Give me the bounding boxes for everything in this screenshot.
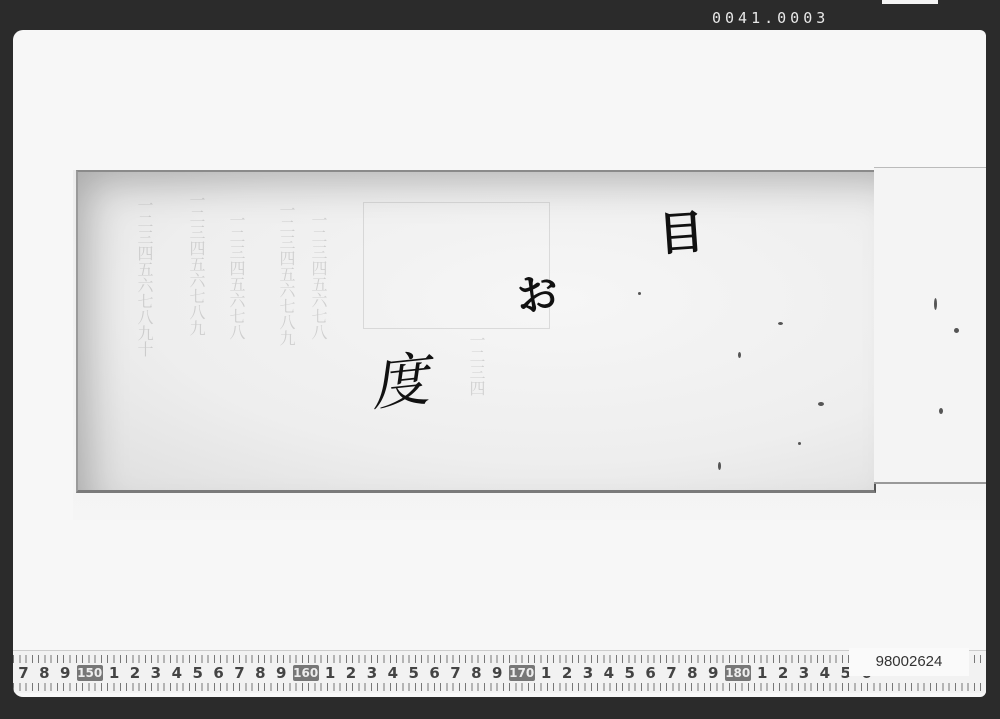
film-edge-tab [882,0,938,4]
ruler-number: 3 [794,664,815,682]
ruler-number: 1 [320,664,341,682]
faded-text-column: 一二三四五六七八 [310,212,326,452]
paper-stain [778,322,783,325]
ruler-number: 5 [187,664,208,682]
ruler-number: 3 [577,664,598,682]
ruler-number: 180 [725,665,751,681]
calligraphy-character: お [512,259,562,324]
ruler-number: 2 [557,664,578,682]
ruler-number: 7 [445,664,466,682]
ruler-number: 8 [34,664,55,682]
scan-sheet: 一二三四五六七八九十 一二三四五六七八九 一二三四五六七八 一二三四五六七八九 … [13,30,986,697]
ruler-number: 6 [208,664,229,682]
ruler-number: 3 [145,664,166,682]
measuring-ruler: 7891501234567891601234567891701234567891… [13,650,986,693]
calligraphy-character: 度 [366,332,432,422]
ruler-number: 8 [682,664,703,682]
ruler-number: 7 [13,664,34,682]
ruler-number: 8 [466,664,487,682]
ruler-number: 6 [640,664,661,682]
ruler-number: 170 [509,665,535,681]
faded-text-column: 一二三四五六七八 [228,212,244,442]
ruler-number: 9 [703,664,724,682]
faded-text-column: 一二三四 [468,332,484,452]
ruler-number: 9 [487,664,508,682]
faded-text-column: 一二三四五六七八九十 [136,197,152,447]
faded-text-column: 一二三四五六七八九 [278,202,294,452]
catalog-number-label: 98002624 [849,648,969,676]
ruler-number: 150 [77,665,103,681]
paper-stain [638,292,641,295]
ruler-number: 1 [104,664,125,682]
ruler-number: 160 [293,665,319,681]
ruler-number: 2 [125,664,146,682]
frame-number: 0041.0003 [712,9,829,27]
ruler-number: 3 [361,664,382,682]
ruler-ticks [13,655,986,663]
faded-text-column: 一二三四五六七八九 [188,192,204,442]
ruler-number: 9 [55,664,76,682]
ruler-number: 4 [166,664,187,682]
adjacent-page [874,167,986,484]
ruler-number: 4 [598,664,619,682]
ruler-number: 2 [341,664,362,682]
ruler-number: 5 [403,664,424,682]
ruler-scale: 7891501234567891601234567891701234567891… [13,663,986,683]
book-cover: 一二三四五六七八九十 一二三四五六七八九 一二三四五六七八 一二三四五六七八九 … [76,170,876,493]
ruler-number: 2 [773,664,794,682]
paper-stain [738,352,741,358]
ruler-number: 7 [661,664,682,682]
ruler-number: 7 [229,664,250,682]
ruler-number: 4 [382,664,403,682]
ruler-number: 8 [250,664,271,682]
ruler-ticks [13,683,986,691]
ruler-number: 6 [424,664,445,682]
paper-stain [718,462,721,470]
paper-stain [954,328,959,333]
paper-stain [818,402,824,406]
calligraphy-character: 目 [656,195,706,264]
ruler-number: 9 [271,664,292,682]
paper-stain [939,408,943,414]
paper-stain [934,298,937,310]
ruler-number: 4 [814,664,835,682]
ruler-number: 1 [752,664,773,682]
ruler-number: 5 [619,664,640,682]
ruler-number: 1 [536,664,557,682]
paper-stain [798,442,801,445]
